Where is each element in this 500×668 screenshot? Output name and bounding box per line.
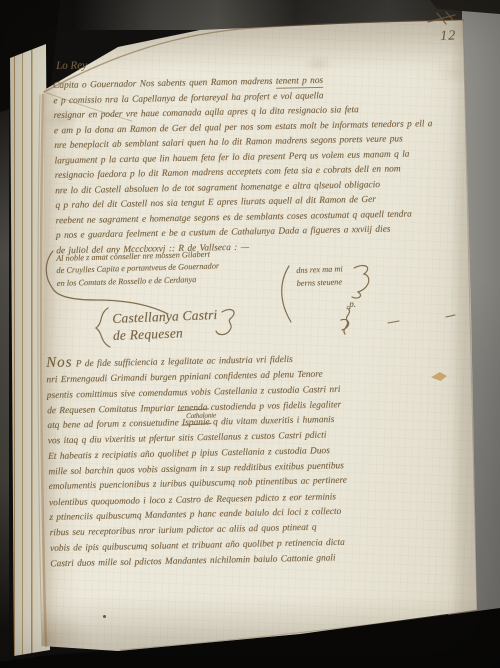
ink-dot	[103, 615, 106, 618]
line-text: q diu vitam duxeritis i humanis	[210, 415, 335, 428]
line-text: custodienda p vos fidelis legaliter	[207, 400, 341, 413]
line-text: atq bene ad forum z consuetudine	[47, 418, 182, 431]
chancery-initial: .p.	[347, 299, 356, 309]
line-text: Capita o Gouernador Nos sabents quen Ram…	[53, 77, 276, 91]
section-heading: Castellanya Castri de Requesen	[112, 307, 218, 344]
royal-letter-paragraph: Capita o Gouernador Nos sabents quen Ram…	[53, 72, 435, 259]
chancery-note: dns rex ma mi berns steuene	[296, 262, 343, 290]
interlinear-correction: Cathalonie	[186, 408, 216, 424]
manuscript-photo: 12 Lo Rey Capita o Gouernador Nos sabent…	[0, 0, 500, 668]
line-text: de Requesen Comitatus Impuriar	[47, 404, 178, 417]
struck-word-with-correction: CathalonieIspanie	[182, 416, 210, 432]
underlined-phrase: tenent p nos	[276, 76, 324, 89]
latin-grant-paragraph: Nos P de fide sufficiencia z legalitate …	[46, 350, 349, 572]
folio-number: 12	[440, 28, 457, 45]
address-note: Al noble z amat conseller nre mossen Gil…	[56, 248, 220, 289]
salutation: Lo Rey	[56, 59, 87, 72]
opening-initial: Nos	[46, 354, 73, 371]
chancery-note-line: berns steuene	[296, 275, 343, 290]
line-text: P de fide sufficiencia z legalitate ac i…	[72, 355, 292, 370]
